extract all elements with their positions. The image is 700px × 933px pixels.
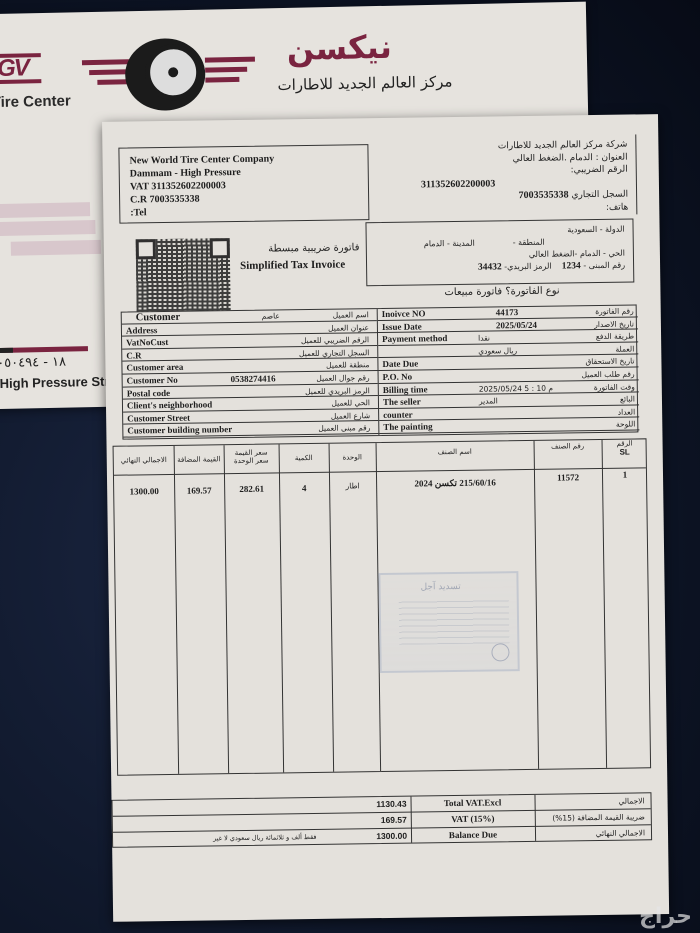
seller-address-block: الدولة - السعودية المنطقة - المدينة - ال… [365, 218, 634, 286]
cell-vat-value: 169.57 [174, 485, 224, 496]
header-sl: الرقم SL [602, 439, 648, 457]
invoice-title-en: Simplified Tax Invoice [240, 259, 345, 272]
wing-stripe [205, 67, 247, 73]
phone-number: ١٨ - ٠٥٠٤٩٤ [0, 355, 66, 371]
wing-stripe [97, 79, 129, 85]
wing-stripe [0, 220, 96, 236]
address-city: المدينة - الدمام [424, 238, 475, 251]
invoice-info-row: The paintingاللوحة [379, 419, 639, 434]
wing-stripe [82, 59, 130, 65]
cell-item-no: 11572 [534, 472, 602, 483]
cell-unit-price: 282.61 [224, 483, 279, 494]
header-unit: الوحدة [329, 453, 376, 462]
header-total: الاجمالي النهائي [114, 456, 174, 465]
seller-phone-label-ar: هاتف: [381, 201, 628, 217]
stamp-seal-icon [491, 643, 509, 661]
wing-stripe [0, 202, 90, 218]
customer-info-row: Customer building numberرقم مبنى العميل [123, 422, 378, 437]
invoice-title-ar: فاتورة ضريبية مبسطة [254, 242, 374, 255]
cell-unit: اطار [329, 481, 376, 491]
brand-subtitle-ar: مركز العالم الجديد للاطارات [277, 72, 452, 94]
seller-info-en: New World Tire Center Company Dammam - H… [118, 144, 369, 223]
cell-qty: 4 [279, 483, 329, 494]
brand-logo: GV [0, 53, 41, 84]
invoice-sheet: New World Tire Center Company Dammam - H… [102, 114, 669, 922]
qr-code [136, 238, 231, 311]
address-region: المنطقة - [513, 237, 545, 249]
header-qty: الكمية [279, 454, 329, 463]
divider-stripe [0, 348, 13, 354]
invoice-type: نوع الفاتورة؟ فاتورة مبيعات [444, 286, 559, 299]
address-line: High Pressure Str [0, 374, 110, 391]
tire-logo-icon [124, 38, 205, 112]
header-vat-value: القيمة المضافة [174, 455, 224, 464]
header-unit-price: سعر القيمة سعر الوحدة [224, 448, 279, 465]
seller-info-ar: شركة مركز العالم الجديد للاطارات العنوان… [372, 134, 637, 218]
invoice-info-table: Customerعاصماسم العميلAddressعنوان العمي… [121, 304, 639, 439]
divider-stripe [0, 346, 88, 353]
cell-sl: 1 [602, 469, 648, 480]
stamp-text-lines [399, 599, 510, 645]
tire-center-label: Tire Center [0, 92, 71, 111]
wing-stripe [205, 77, 239, 83]
haraj-watermark: حراج [639, 904, 692, 929]
wing-stripe [89, 69, 129, 75]
header-item-no: رقم الصنف [534, 442, 602, 451]
wing-stripe [205, 57, 255, 63]
stamp-title: تسديد آجل [420, 582, 460, 593]
header-item-name: اسم الصنف [376, 447, 534, 457]
cell-item-name: 215/60/16 تكسن 2024 [376, 477, 534, 490]
wing-stripe [11, 240, 101, 256]
payment-stamp: تسديد آجل [378, 571, 519, 673]
totals-table: 1130.43 Total VAT.Excl الاجمالي 169.57 V… [111, 792, 652, 848]
cell-total: 1300.00 [114, 486, 174, 497]
address-building-postal: رقم المبنى - 1234 الرمز البريدي- 34432 [375, 260, 625, 275]
brand-name-ar: نيكسن [286, 28, 392, 68]
